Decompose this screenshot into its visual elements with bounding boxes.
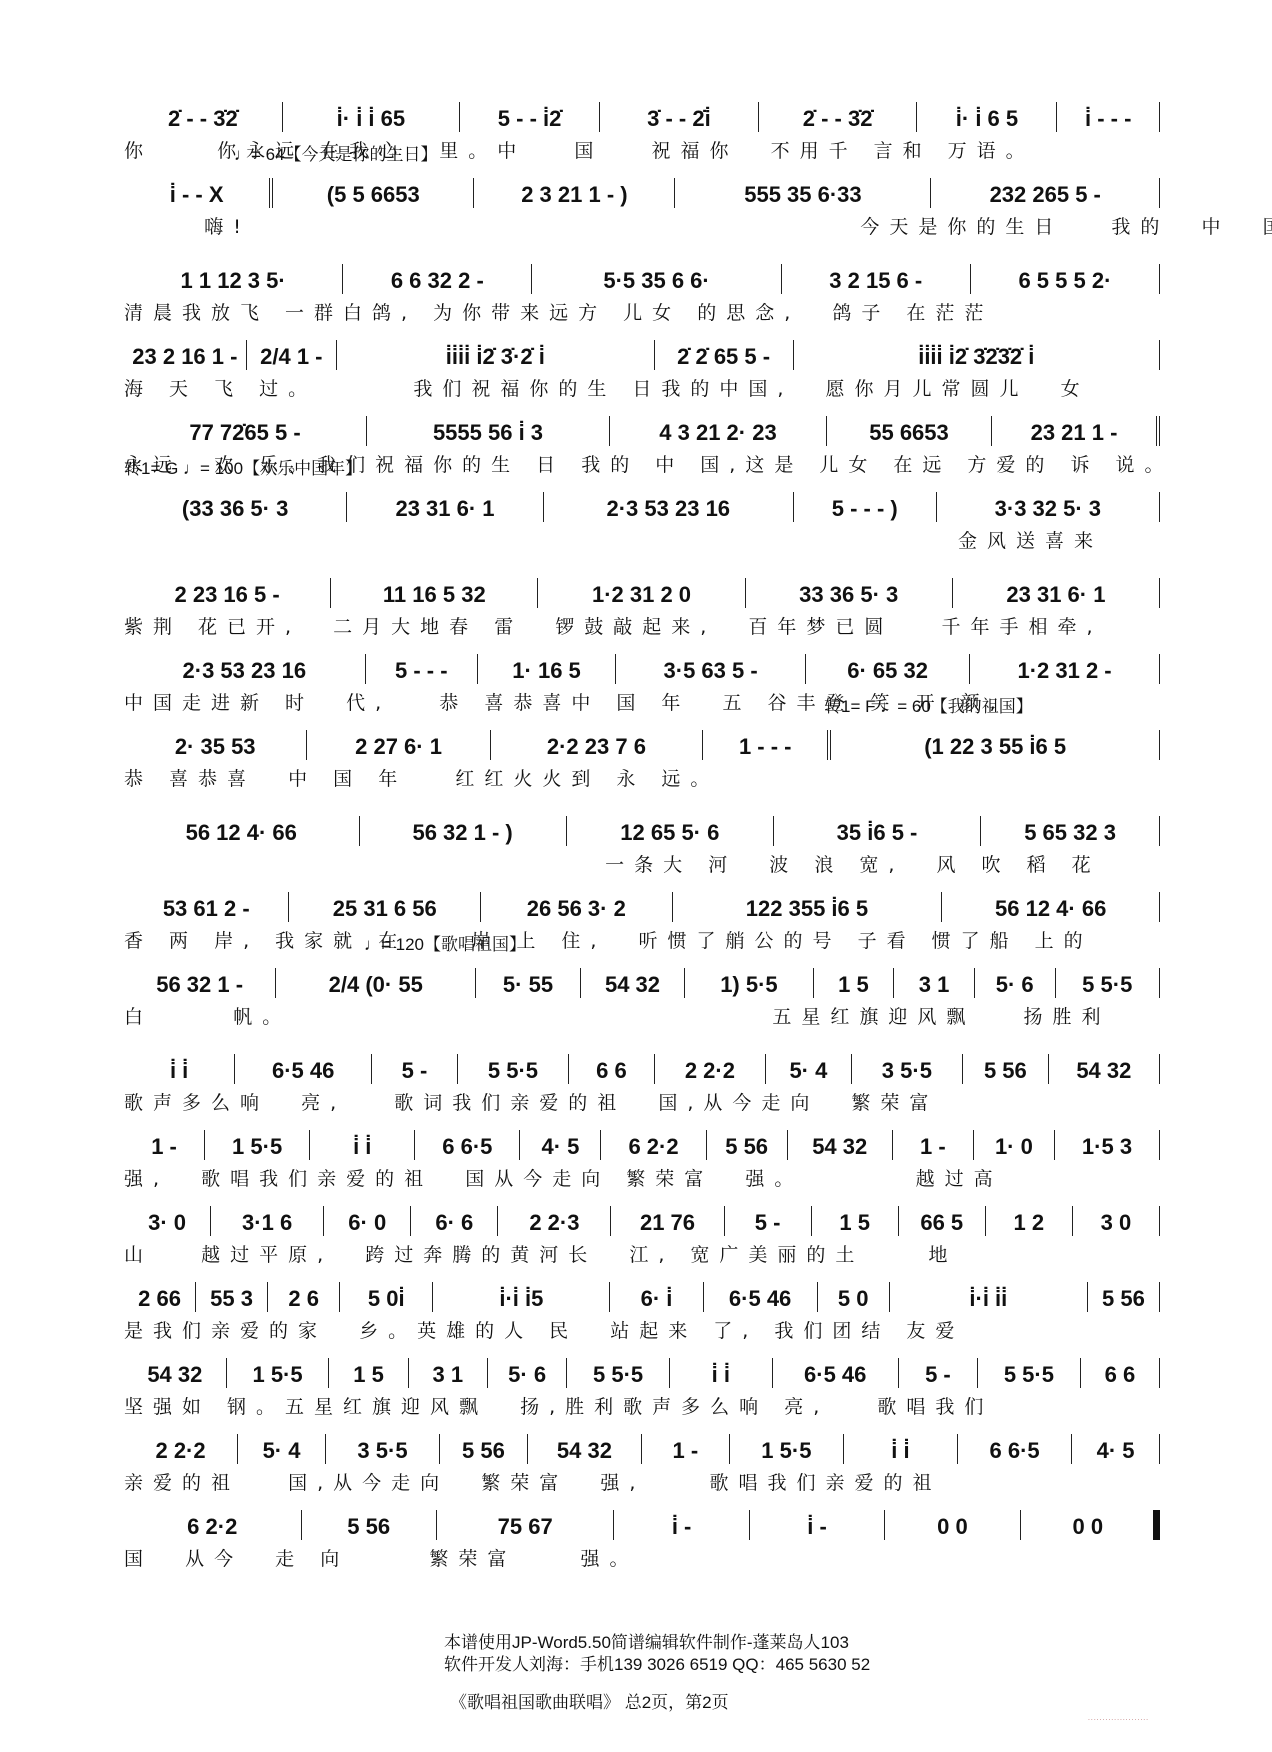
notes-line: 2 2·25· 43 5·55 5654 321 -1 5·5i̇ i̇6 6·… — [124, 1434, 1160, 1464]
measure: 5· 6 — [975, 968, 1056, 998]
measure: i̇· i̇ i̇ 65 — [283, 102, 460, 132]
measure: 5 56 — [707, 1130, 788, 1160]
lyrics-line: 是我们亲爱的家 乡。英雄的人 民 站起来 了, 我们团结 友爱 — [124, 1316, 1160, 1343]
measure: 6 6 — [569, 1054, 655, 1084]
measure: 6 6 — [1081, 1358, 1160, 1388]
measure: 54 32 — [788, 1130, 893, 1160]
lyrics-line: 香 两 岸, 我家就 在 岸 上 住, 听惯了艄公的号 子看 惯了船 上的 — [124, 926, 1160, 953]
measure: 21 76 — [611, 1206, 724, 1236]
measure: 23 2 16 1 - — [124, 340, 247, 370]
measure: i̇ - - X — [124, 178, 273, 208]
tempo-marking: ♩= 64【今天是你的生日】 — [234, 140, 438, 165]
notes-line: 54 321 5·51 53 15· 65 5·5i̇ i̇6·5 465 -5… — [124, 1358, 1160, 1388]
measure: 5 - — [372, 1054, 458, 1084]
measure: 1) 5·5 — [685, 968, 813, 998]
measure: 5 0i̇ — [340, 1282, 433, 1312]
watermark: ····················· — [1088, 1717, 1149, 1724]
measure: 5·5 35 6 6· — [532, 264, 781, 294]
lyrics-line: 亲爱的祖 国,从今走向 繁荣富 强, 歌唱我们亲爱的祖 — [124, 1468, 1160, 1495]
measure: 5 56 — [302, 1510, 437, 1540]
notes-line: 1 -1 5·5i̇ i̇6 6·54· 56 2·25 5654 321 -1… — [124, 1130, 1160, 1160]
measure: 6· i̇ — [610, 1282, 703, 1312]
measure: 55 3 — [196, 1282, 268, 1312]
measure: 5 5·5 — [567, 1358, 670, 1388]
measure: 1 - — [642, 1434, 730, 1464]
score-row: 54 321 5·51 53 15· 65 5·5i̇ i̇6·5 465 -5… — [124, 1340, 1160, 1416]
measure: 2/4 (0· 55 — [276, 968, 476, 998]
measure: 2 2·2 — [655, 1054, 766, 1084]
notes-line: 2 6655 32 65 0i̇i̇·i̇ i̇56· i̇6·5 465 0i… — [124, 1282, 1160, 1312]
measure: 1·2 31 2 0 — [538, 578, 745, 608]
measure: 3 5·5 — [326, 1434, 440, 1464]
score-row: ♩= 64【今天是你的生日】i̇ - - X(5 5 66532 3 21 1 … — [124, 160, 1160, 246]
measure: 1 5 — [329, 1358, 408, 1388]
measure: 4 3 21 2· 23 — [610, 416, 827, 446]
measure: 54 32 — [528, 1434, 642, 1464]
measure: 5 - - - — [366, 654, 478, 684]
measure: 2/4 1 - — [247, 340, 337, 370]
measure: 5· 6 — [488, 1358, 567, 1388]
page-indicator: 《歌唱祖国歌曲联唱》 总2页，第2页 — [450, 1688, 1272, 1713]
measure: 5· 4 — [766, 1054, 852, 1084]
measure: 5· 55 — [476, 968, 581, 998]
measure: 1 - - - — [703, 730, 831, 760]
tempo-marking: ♩= 120【歌唱祖国】 — [364, 930, 526, 955]
measure: 23 31 6· 1 — [347, 492, 543, 522]
notes-line: 2· 35 532 27 6· 12·2 23 7 61 - - -(1 22 … — [124, 730, 1160, 760]
measure: 3 1 — [409, 1358, 488, 1388]
measure: 3 5·5 — [852, 1054, 963, 1084]
notes-line: 56 12 4· 6656 32 1 - )12 65 5· 635 i̇6 5… — [124, 816, 1160, 846]
measure: 5 0 — [818, 1282, 890, 1312]
credit-line-1: 本谱使用JP-Word5.50简谱编辑软件制作-蓬莱岛人103 — [444, 1632, 1272, 1654]
measure: 2 66 — [124, 1282, 196, 1312]
notes-line: 1 1 12 3 5·6 6 32 2 -5·5 35 6 6·3 2 15 6… — [124, 264, 1160, 294]
measure: 25 31 6 56 — [289, 892, 481, 922]
lyrics-line: 山 越过平原, 跨过奔腾的黄河长 江, 宽广美丽的土 地 — [124, 1240, 1160, 1267]
measure: 6· 6 — [411, 1206, 498, 1236]
tempo-marking: 转1= F ♩= 60【我的祖国】 — [824, 692, 1033, 717]
software-credit: 本谱使用JP-Word5.50简谱编辑软件制作-蓬莱岛人103 软件开发人刘海：… — [444, 1632, 1272, 1676]
lyrics-line: 清晨我放飞 一群白鸽, 为你带来远方 儿女 的思念, 鸽子 在茫茫 — [124, 298, 1160, 325]
measure: 0 0 — [885, 1510, 1020, 1540]
measure: i̇ i̇ — [844, 1434, 958, 1464]
lyrics-line: 歌声多么响 亮, 歌词我们亲爱的祖 国,从今走向 繁荣富 — [124, 1088, 1160, 1115]
measure: 6 5 5 5 2· — [971, 264, 1160, 294]
score-row: ♩= 120【歌唱祖国】56 32 1 -2/4 (0· 555· 5554 3… — [124, 950, 1160, 1036]
measure: 5 - - - ) — [794, 492, 937, 522]
measure: 2 2·2 — [124, 1434, 238, 1464]
notes-line: 77 72̇65 5 -5555 56 i̇ 34 3 21 2· 2355 6… — [124, 416, 1160, 446]
measure: i̇· i̇ 6 5 — [917, 102, 1057, 132]
measure: 3 2 15 6 - — [782, 264, 971, 294]
measure: 1 5·5 — [730, 1434, 844, 1464]
score-row: 53 61 2 -25 31 6 5626 56 3· 2122 355 i̇6… — [124, 874, 1160, 950]
measure: 5 65 32 3 — [981, 816, 1160, 846]
measure: 4· 5 — [1072, 1434, 1160, 1464]
measure: 5 - - i̇2̇ — [460, 102, 600, 132]
measure: 2·3 53 23 16 — [544, 492, 794, 522]
notes-line: 2̇ - - 3̇2̇i̇· i̇ i̇ 655 - - i̇2̇3̇ - - … — [124, 102, 1160, 132]
measure: 5 56 — [440, 1434, 528, 1464]
measure: 0 0 — [1021, 1510, 1160, 1540]
lyrics-line: 金风送喜来 — [124, 526, 1160, 553]
measure: 53 61 2 - — [124, 892, 289, 922]
measure: i̇i̇i̇i̇ i̇2̇ 3̇·2̇ i̇ — [337, 340, 655, 370]
measure: 3·3 32 5· 3 — [937, 492, 1160, 522]
notes-line: 3· 03·1 66· 06· 62 2·321 765 -1 566 51 2… — [124, 1206, 1160, 1236]
measure: 1 5 — [814, 968, 895, 998]
measure: i̇ i̇ — [310, 1130, 415, 1160]
measure: 5 5·5 — [1056, 968, 1161, 998]
measure: 2̇ 2̇ 65 5 - — [655, 340, 794, 370]
measure: 6 6·5 — [958, 1434, 1072, 1464]
measure: 3 0 — [1073, 1206, 1160, 1236]
measure: i̇ - — [750, 1510, 885, 1540]
measure: 26 56 3· 2 — [481, 892, 673, 922]
measure: 6· 0 — [324, 1206, 411, 1236]
notes-line: i̇ - - X(5 5 66532 3 21 1 - )555 35 6·33… — [124, 178, 1160, 208]
measure: i̇ - — [614, 1510, 749, 1540]
measure: 1 - — [124, 1130, 205, 1160]
score-row: 1 1 12 3 5·6 6 32 2 -5·5 35 6 6·3 2 15 6… — [124, 246, 1160, 322]
measure: 2 3 21 1 - ) — [474, 178, 675, 208]
measure: 6 6·5 — [415, 1130, 520, 1160]
measure: 5 - — [899, 1358, 978, 1388]
measure: 6· 65 32 — [806, 654, 970, 684]
lyrics-line: 白 帆。 五星红旗迎风飘 扬胜利 — [124, 1002, 1160, 1029]
measure: 1 5·5 — [205, 1130, 310, 1160]
measure: i̇i̇i̇i̇ i̇2̇ 3̇2̇3̇2̇ i̇ — [794, 340, 1160, 370]
notes-line: 23 2 16 1 -2/4 1 -i̇i̇i̇i̇ i̇2̇ 3̇·2̇ i̇… — [124, 340, 1160, 370]
score: 2̇ - - 3̇2̇i̇· i̇ i̇ 655 - - i̇2̇3̇ - - … — [124, 84, 1160, 1568]
measure: i̇ i̇ — [670, 1358, 773, 1388]
score-row: 1 -1 5·5i̇ i̇6 6·54· 56 2·25 5654 321 -1… — [124, 1112, 1160, 1188]
measure: 56 12 4· 66 — [124, 816, 360, 846]
measure: 12 65 5· 6 — [567, 816, 774, 846]
measure: 5 5·5 — [458, 1054, 569, 1084]
measure: 1·2 31 2 - — [970, 654, 1160, 684]
lyrics-line: 一条大 河 波 浪 宽, 风 吹 稻 花 — [124, 850, 1160, 877]
measure: 2 23 16 5 - — [124, 578, 331, 608]
measure: 23 31 6· 1 — [953, 578, 1160, 608]
measure: (1 22 3 55 i̇6 5 — [831, 730, 1160, 760]
lyrics-line: 紫荆 花已开, 二月大地春 雷 锣鼓敲起来, 百年梦已圆 千年手相牵, — [124, 612, 1160, 639]
measure: 66 5 — [899, 1206, 986, 1236]
measure: i̇·i̇ i̇5 — [433, 1282, 610, 1312]
measure: 122 355 i̇6 5 — [673, 892, 943, 922]
score-row: 56 12 4· 6656 32 1 - )12 65 5· 635 i̇6 5… — [124, 798, 1160, 874]
score-row: 转1= F ♩= 60【我的祖国】2· 35 532 27 6· 12·2 23… — [124, 712, 1160, 798]
measure: 6·5 46 — [704, 1282, 818, 1312]
measure: 1·5 3 — [1055, 1130, 1160, 1160]
measure: 4· 5 — [520, 1130, 601, 1160]
notes-line: 6 2·25 5675 67i̇ -i̇ -0 00 0 — [124, 1510, 1160, 1540]
lyrics-line: 海 天 飞 过。 我们祝福你的生 日我的中国, 愿你月儿常圆儿 女 — [124, 374, 1160, 401]
measure: 2· 35 53 — [124, 730, 307, 760]
measure: 55 6653 — [827, 416, 992, 446]
measure: 3· 0 — [124, 1206, 211, 1236]
score-row: 转1= G ♩= 100【欢乐中国年】(33 36 5· 323 31 6· 1… — [124, 474, 1160, 560]
measure: 5· 4 — [238, 1434, 326, 1464]
measure: (33 36 5· 3 — [124, 492, 347, 522]
measure: 75 67 — [437, 1510, 615, 1540]
measure: 3 1 — [894, 968, 975, 998]
measure: 5555 56 i̇ 3 — [367, 416, 610, 446]
measure: 1 - — [893, 1130, 974, 1160]
measure: 3·5 63 5 - — [616, 654, 806, 684]
measure: i̇ i̇ — [124, 1054, 235, 1084]
measure: 6·5 46 — [773, 1358, 899, 1388]
measure: 2·3 53 23 16 — [124, 654, 366, 684]
measure: 555 35 6·33 — [675, 178, 931, 208]
lyrics-line: 坚强如 钢。五星红旗迎风飘 扬,胜利歌声多么响 亮, 歌唱我们 — [124, 1392, 1160, 1419]
score-row: 6 2·25 5675 67i̇ -i̇ -0 00 0国 从今 走 向 繁荣富… — [124, 1492, 1160, 1568]
notes-line: i̇ i̇6·5 465 -5 5·56 62 2·25· 43 5·55 56… — [124, 1054, 1160, 1084]
measure: 3·1 6 — [211, 1206, 324, 1236]
measure: 6·5 46 — [235, 1054, 372, 1084]
measure: 3̇ - - 2̇i̇ — [600, 102, 759, 132]
measure: 2̇ - - 3̇2̇ — [759, 102, 918, 132]
score-row: 3· 03·1 66· 06· 62 2·321 765 -1 566 51 2… — [124, 1188, 1160, 1264]
lyrics-line: 强, 歌唱我们亲爱的祖 国从今走向 繁荣富 强。 越过高 — [124, 1164, 1160, 1191]
measure: 1 5 — [812, 1206, 899, 1236]
score-row: 23 2 16 1 -2/4 1 -i̇i̇i̇i̇ i̇2̇ 3̇·2̇ i̇… — [124, 322, 1160, 398]
measure: 5 56 — [1088, 1282, 1160, 1312]
notes-line: 2 23 16 5 -11 16 5 321·2 31 2 033 36 5· … — [124, 578, 1160, 608]
measure: i̇·i̇ i̇i̇ — [890, 1282, 1088, 1312]
measure: i̇ - - - — [1057, 102, 1160, 132]
measure: 6 2·2 — [124, 1510, 302, 1540]
measure: 1 5·5 — [227, 1358, 330, 1388]
measure: 6 6 32 2 - — [343, 264, 532, 294]
credit-line-2: 软件开发人刘海：手机139 3026 6519 QQ：465 5630 52 — [444, 1654, 1272, 1676]
measure: (5 5 6653 — [273, 178, 474, 208]
lyrics-line: 嗨! 今天是你的生日 我的 中 国, — [124, 212, 1160, 239]
measure: 23 21 1 - — [992, 416, 1160, 446]
notes-line: (33 36 5· 323 31 6· 12·3 53 23 165 - - -… — [124, 492, 1160, 522]
measure: 56 32 1 - ) — [360, 816, 567, 846]
lyrics-line: 国 从今 走 向 繁荣富 强。 — [124, 1544, 1160, 1571]
measure: 1· 16 5 — [478, 654, 616, 684]
score-row: 2 6655 32 65 0i̇i̇·i̇ i̇56· i̇6·5 465 0i… — [124, 1264, 1160, 1340]
measure: 1 1 12 3 5· — [124, 264, 343, 294]
notes-line: 56 32 1 -2/4 (0· 555· 5554 321) 5·51 53 … — [124, 968, 1160, 998]
measure: 35 i̇6 5 - — [774, 816, 981, 846]
measure: 2 6 — [268, 1282, 340, 1312]
measure: 1 2 — [986, 1206, 1073, 1236]
score-row: i̇ i̇6·5 465 -5 5·56 62 2·25· 43 5·55 56… — [124, 1036, 1160, 1112]
measure: 2̇ - - 3̇2̇ — [124, 102, 283, 132]
measure: 5 - — [725, 1206, 812, 1236]
measure: 2 27 6· 1 — [307, 730, 490, 760]
measure: 5 56 — [963, 1054, 1049, 1084]
measure: 54 32 — [124, 1358, 227, 1388]
notes-line: 53 61 2 -25 31 6 5626 56 3· 2122 355 i̇6… — [124, 892, 1160, 922]
measure: 33 36 5· 3 — [746, 578, 953, 608]
tempo-marking: 转1= G ♩= 100【欢乐中国年】 — [124, 454, 362, 479]
score-row: 2 2·25· 43 5·55 5654 321 -1 5·5i̇ i̇6 6·… — [124, 1416, 1160, 1492]
measure: 1· 0 — [974, 1130, 1055, 1160]
measure: 232 265 5 - — [931, 178, 1160, 208]
lyrics-line: 恭 喜恭喜 中 国 年 红红火火到 永 远。 — [124, 764, 1160, 791]
notes-line: 2·3 53 23 165 - - -1· 16 53·5 63 5 -6· 6… — [124, 654, 1160, 684]
measure: 2·2 23 7 6 — [491, 730, 703, 760]
measure: 6 2·2 — [601, 1130, 706, 1160]
measure: 56 32 1 - — [124, 968, 276, 998]
score-row: 2 23 16 5 -11 16 5 321·2 31 2 033 36 5· … — [124, 560, 1160, 636]
measure: 54 32 — [1049, 1054, 1160, 1084]
measure: 56 12 4· 66 — [942, 892, 1160, 922]
measure: 2 2·3 — [498, 1206, 611, 1236]
measure: 54 32 — [581, 968, 686, 998]
measure: 77 72̇65 5 - — [124, 416, 367, 446]
measure: 5 5·5 — [978, 1358, 1081, 1388]
measure: 11 16 5 32 — [331, 578, 538, 608]
